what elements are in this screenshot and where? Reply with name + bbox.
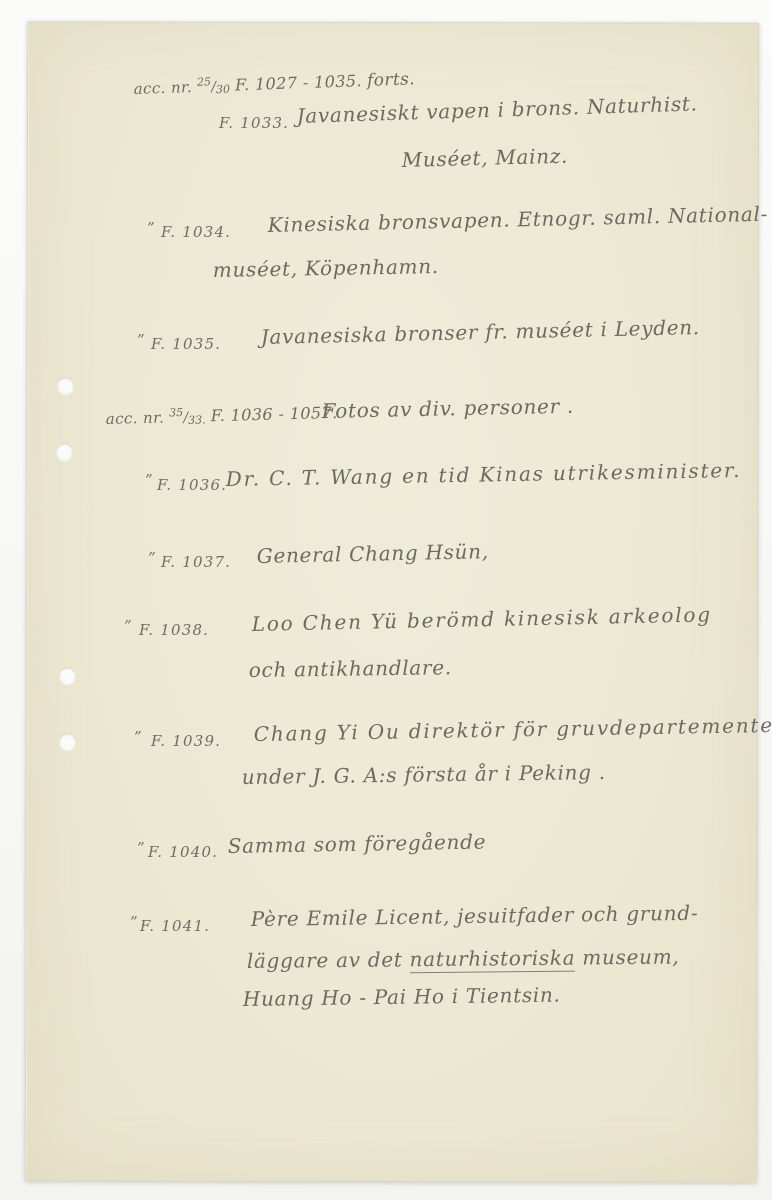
punch-hole [56,443,73,460]
accession-prefix: acc. nr. [133,78,192,98]
entry-line: under J. G. A:s första år i Peking . [242,760,606,789]
ditto-mark: ” [134,728,142,746]
accession-range: F. 1036 - 1057. [210,403,337,425]
entry-line: och antikhandlare. [249,655,452,682]
entry-line: muséet, Köpenhamn. [213,254,439,282]
entry-line: läggare av det naturhistoriska museum, [247,944,680,973]
entry-number: F. 1033. [219,114,289,132]
accession-note: forts. [367,69,416,91]
entry-number: F. 1035. [151,335,221,353]
entry-line-segment: läggare av det [247,947,410,973]
ditto-mark: ” [145,471,153,489]
entry-number: F. 1039. [151,732,221,750]
ditto-mark: ” [137,331,145,349]
accession-fraction-numerator: 25 [197,75,211,88]
punch-hole [57,377,74,394]
entry-line: Muséet, Mainz. [401,144,568,172]
accession-prefix: acc. nr. [106,408,165,428]
punch-hole [59,733,76,750]
punch-hole [59,667,76,684]
entry-line: Samma som föregående [228,829,487,858]
entry-line: Huang Ho - Pai Ho i Tientsin. [243,983,561,1011]
entry-number: F. 1036. [157,476,227,494]
ditto-mark: ” [137,839,145,857]
entry-line-segment: museum, [575,944,679,969]
entry-number: F. 1037. [161,553,231,571]
accession-fraction-denominator: 33. [188,413,206,426]
ditto-mark: ” [147,219,155,237]
entry-line-underlined-word: naturhistoriska [409,946,575,974]
entry-number: F. 1034. [161,223,231,241]
accession-fraction-numerator: 35 [169,406,183,419]
entry-number: F. 1038. [139,621,209,639]
entry-number: F. 1040. [148,843,218,861]
ditto-mark: ” [130,913,138,931]
scanned-page: acc. nr. 25/30 F. 1027 - 1035. forts. F.… [0,0,772,1200]
accession-range: F. 1027 - 1035. [235,71,362,94]
entry-number: F. 1041. [140,917,210,935]
ditto-mark: ” [124,617,132,635]
accession-fraction-denominator: 30 [216,83,230,96]
entry-line: General Chang Hsün, [256,539,488,568]
ditto-mark: ” [148,549,156,567]
